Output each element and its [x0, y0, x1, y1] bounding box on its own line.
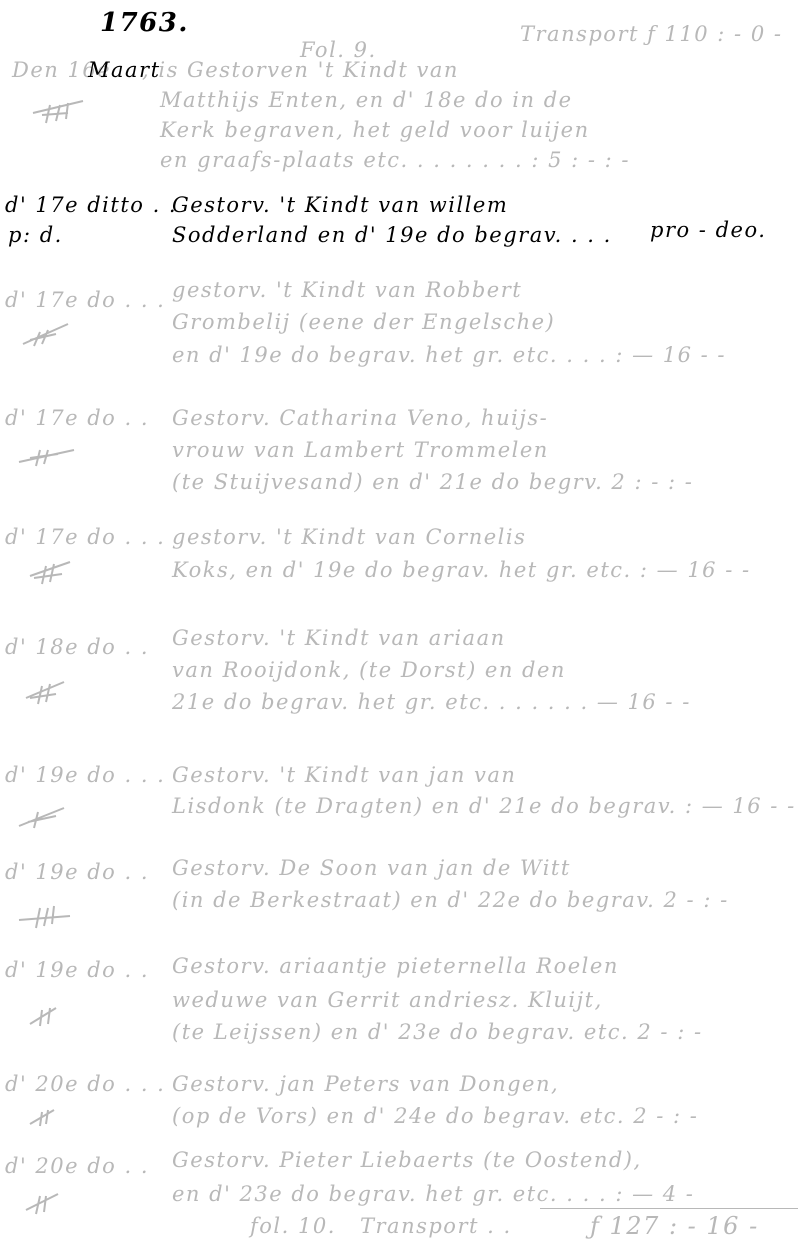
- paid-mark-icon: [14, 440, 84, 470]
- entry-line: Gestorv. Catharina Veno, huijs-: [172, 408, 548, 429]
- entry-line: gestorv. 't Kindt van Cornelis: [172, 527, 526, 548]
- entry-line: Matthijs Enten, en d' 18e do in de: [160, 90, 573, 111]
- entry-line: Gestorv. De Soon van jan de Witt: [172, 858, 571, 879]
- entry-line: (te Leijssen) en d' 23e do begrav. etc. …: [172, 1022, 703, 1043]
- entry-date: d' 19e do . .: [5, 960, 149, 981]
- entry-line: , is Gestorven 't Kindt van: [142, 60, 459, 81]
- entry-line: Gestorv. Pieter Liebaerts (te Oostend),: [172, 1150, 642, 1171]
- total-rule: [540, 1208, 798, 1209]
- entry-line: en d' 23e do begrav. het gr. etc. . . . …: [172, 1184, 694, 1205]
- transport-total: ƒ 127 : - 16 -: [590, 1214, 759, 1238]
- paid-mark-icon: [18, 1186, 88, 1216]
- entry-date: d' 19e do . .: [5, 862, 149, 883]
- paid-mark-icon: [18, 318, 88, 348]
- entry-line: Gestorv. 't Kindt van willem: [172, 195, 508, 216]
- year-heading: 1763.: [100, 10, 189, 36]
- entry-line: Sodderland en d' 19e do begrav. . . .: [172, 225, 612, 246]
- entry-line: (te Stuijvesand) en d' 21e do begrv. 2 :…: [172, 472, 693, 493]
- paid-mark-icon: [28, 95, 98, 125]
- transport-carried-forward: Transport ƒ 110 : - 0 -: [520, 24, 782, 45]
- entry-line: en d' 19e do begrav. het gr. etc. . . . …: [172, 345, 726, 366]
- entry-line: Gestorv. jan Peters van Dongen,: [172, 1074, 559, 1095]
- entry-line: weduwe van Gerrit andriesz. Kluijt,: [172, 990, 603, 1011]
- entry-note: p: d.: [8, 225, 63, 246]
- entry-line: van Rooijdonk, (te Dorst) en den: [172, 660, 566, 681]
- paid-mark-icon: [18, 676, 88, 706]
- entry-date: d' 19e do . . .: [5, 765, 165, 786]
- entry-date: d' 17e do . .: [5, 408, 149, 429]
- entry-line: Gestorv. ariaantje pieternella Roelen: [172, 956, 619, 977]
- paid-mark-icon: [20, 1000, 90, 1030]
- entry-line: Koks, en d' 19e do begrav. het gr. etc. …: [172, 560, 751, 581]
- paid-mark-icon: [22, 556, 92, 586]
- entry-date: d' 17e do . . .: [5, 527, 165, 548]
- entry-date: d' 20e do . .: [5, 1156, 149, 1177]
- entry-line: 21e do begrav. het gr. etc. . . . . . . …: [172, 692, 691, 713]
- entry-line: (in de Berkestraat) en d' 22e do begrav.…: [172, 890, 729, 911]
- entry-date: d' 20e do . . .: [5, 1074, 165, 1095]
- entry-line: (op de Vors) en d' 24e do begrav. etc. 2…: [172, 1106, 698, 1127]
- paid-mark-icon: [20, 1100, 90, 1130]
- paid-mark-icon: [14, 900, 84, 930]
- entry-line: vrouw van Lambert Trommelen: [172, 440, 549, 461]
- entry-line: Gestorv. 't Kindt van jan van: [172, 765, 516, 786]
- paid-mark-icon: [14, 800, 84, 830]
- entry-line: Gestorv. 't Kindt van ariaan: [172, 628, 506, 649]
- entry-line: Lisdonk (te Dragten) en d' 21e do begrav…: [172, 796, 796, 817]
- entry-date: d' 17e do . . .: [5, 290, 165, 311]
- ledger-page: 1763. Fol. 9. Transport ƒ 110 : - 0 - De…: [0, 0, 800, 1252]
- entry-date: d' 17e ditto . .: [5, 195, 177, 216]
- transport-label: Transport . .: [360, 1216, 512, 1237]
- entry-line: Kerk begraven, het geld voor luijen: [160, 120, 590, 141]
- next-folio: fol. 10.: [250, 1216, 336, 1237]
- entry-amount: pro - deo.: [650, 220, 766, 241]
- entry-date: d' 18e do . .: [5, 637, 149, 658]
- entry-line: gestorv. 't Kindt van Robbert: [172, 280, 522, 301]
- entry-line: en graafs-plaats etc. . . . . . . . : 5 …: [160, 150, 630, 171]
- entry-line: Grombelij (eene der Engelsche): [172, 312, 555, 333]
